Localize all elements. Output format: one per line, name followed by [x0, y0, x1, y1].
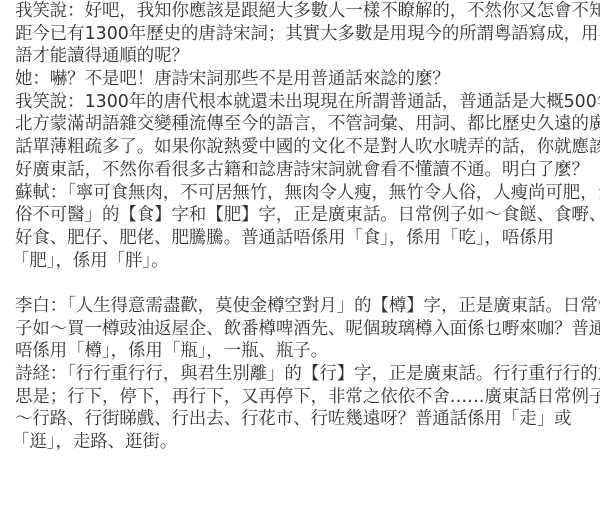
text-line: ～行路、行街睇戲、行出去、行花市、行咗幾遠呀？普通話係用「走」或 — [15, 408, 595, 431]
paragraph-spacer — [15, 272, 595, 295]
text-line: 思是；行下，停下，再行下，又再停下，非常之依依不舍……廣東話日常例子如 — [15, 386, 595, 409]
paragraph-me-2: 我笑說：1300年的唐代根本就還未出現現在所謂普通話，普通話是大概500年前 北… — [15, 91, 595, 182]
text-line: 好食、肥仔、肥佬、肥騰騰。普通話唔係用「食」，係用「吃」，唔係用 — [15, 227, 595, 250]
text-line: 詩経：「行行重行行，與君生別離」的【行】字，正是廣東話。行行重行行的意 — [15, 363, 595, 386]
text-line: 北方蒙滿胡語雜交變種流傳至今的語言，不管詞彙、用詞、都比歷史久遠的廣東 — [15, 113, 595, 136]
blank-line — [15, 272, 595, 295]
text-line: 「逛」，走路、逛街。 — [12, 431, 595, 454]
paragraph-me-1: 我笑說：好吧，我知你應該是跟絕大多數人一樣不瞭解的，不然你又怎會不知道 距今已有… — [15, 0, 595, 68]
text-line: 蘇軾：「寧可食無肉，不可居無竹，無肉令人瘦，無竹令人俗，人瘦尚可肥，士 — [15, 182, 595, 205]
text-line: 李白：「人生得意需盡歡，莫使金樽空對月」的【樽】字，正是廣東話。日常例 — [15, 295, 595, 318]
paragraph-su-shi: 蘇軾：「寧可食無肉，不可居無竹，無肉令人瘦，無竹令人俗，人瘦尚可肥，士 俗不可醫… — [15, 182, 595, 273]
text-line: 子如～買一樽豉油返屋企、飲番樽啤酒先、呢個玻璃樽入面係乜嘢來咖？普通話 — [15, 318, 595, 341]
text-line: 我笑說：1300年的唐代根本就還未出現現在所謂普通話，普通話是大概500年前 — [15, 91, 595, 114]
text-line: 話單薄粗疏多了。如果你說熱愛中國的文化不是對人吹水唬弄的話，你就應該學 — [15, 136, 595, 159]
text-line: 她：嚇？不是吧！唐詩宋詞那些不是用普通話來諗的麼？ — [15, 68, 595, 91]
paragraph-shijing: 詩経：「行行重行行，與君生別離」的【行】字，正是廣東話。行行重行行的意 思是；行… — [15, 363, 595, 454]
text-line: 唔係用「樽」，係用「瓶」，一瓶、瓶子。 — [15, 340, 595, 363]
paragraph-li-bai: 李白：「人生得意需盡歡，莫使金樽空對月」的【樽】字，正是廣東話。日常例 子如～買… — [15, 295, 595, 363]
text-line: 我笑說：好吧，我知你應該是跟絕大多數人一樣不瞭解的，不然你又怎會不知道 — [15, 0, 595, 23]
text-line: 好廣東話，不然你看很多古籍和諗唐詩宋詞就會看不懂讀不通。明白了麼？ — [15, 159, 595, 182]
text-line: 「肥」，係用「胖」。 — [12, 250, 595, 273]
text-line: 距今已有1300年歷史的唐詩宋詞；其實大多數是用現今的所謂粵語寫成，用粵 — [15, 23, 595, 46]
text-line: 語才能讀得通順的呢？ — [15, 45, 595, 68]
paragraph-her: 她：嚇？不是吧！唐詩宋詞那些不是用普通話來諗的麼？ — [15, 68, 595, 91]
text-line: 俗不可醫」的【食】字和【肥】字，正是廣東話。日常例子如～食餸、食嘢、好 — [15, 204, 595, 227]
article-body: 我笑說：好吧，我知你應該是跟絕大多數人一樣不瞭解的，不然你又怎會不知道 距今已有… — [15, 0, 595, 454]
